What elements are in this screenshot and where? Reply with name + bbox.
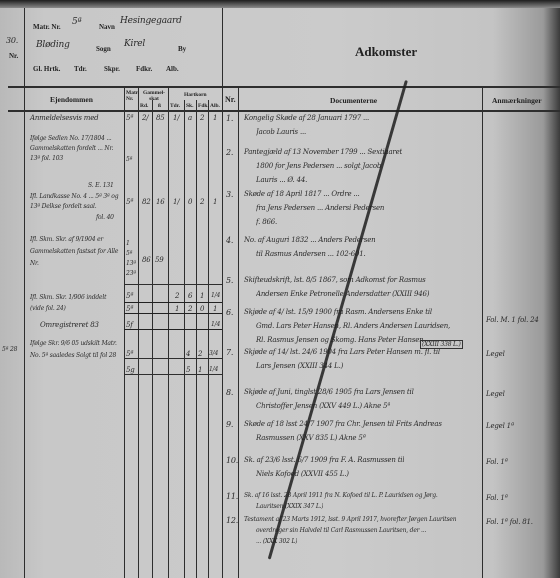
document-number: 6. xyxy=(226,308,233,317)
property-row-alb: 1 xyxy=(213,114,217,122)
rule-column-header-bottom xyxy=(8,110,560,112)
navn-value: Hesingegaard xyxy=(120,16,182,26)
document-line: Christoffer Jensen (XXV 449 L.) Akne 5ª xyxy=(256,402,390,410)
place-value: Bløding xyxy=(36,40,70,50)
document-line: Skjøde af Juni, tinglst 28/6 1905 fra La… xyxy=(244,388,414,396)
property-row-rd: 82 xyxy=(142,198,151,206)
document-line: Niels Kofoed (XXVII 455 L.) xyxy=(256,470,349,478)
document-number: 12. xyxy=(226,516,238,525)
margin-note: 5ª 28 xyxy=(2,346,17,353)
by-label: By xyxy=(178,45,186,53)
document-line: 1800 for Jens Pedersen ... solgt Jacob xyxy=(256,162,381,170)
property-row-matr: 5ª xyxy=(126,292,133,300)
property-row-matr: 5ª xyxy=(126,305,133,313)
property-row-skp: a xyxy=(188,114,192,122)
col-documenterne: Documenterne xyxy=(330,96,377,105)
col-nr: Nr. xyxy=(225,95,236,104)
property-row-text: Ifl. Landkasse No. 4 ... 5ª 3ª og 13ª De… xyxy=(30,192,122,212)
document-line: Sk. af 23/6 lsst. 6/7 1909 fra F. A. Ras… xyxy=(244,456,404,464)
rule-col-gammelskat xyxy=(138,86,139,578)
property-row-text: Anmeldelsesvis med xyxy=(30,114,98,122)
document-line: Kongelig Skøde af 28 Januari 1797 ... xyxy=(244,114,369,122)
property-row-alb: 1 xyxy=(213,198,217,206)
property-row-fdk: 3/4 xyxy=(209,350,218,357)
document-number: 11. xyxy=(226,492,238,501)
matr-nr-value: 5ª xyxy=(72,17,82,27)
alb-label: Alb. xyxy=(166,65,179,73)
document-number: 5. xyxy=(226,276,233,285)
document-line: Rasmussen (XXV 835 L) Akne 5ª xyxy=(256,434,366,442)
document-line: Skifteudskrift, lst. 8/5 1867, som Adkom… xyxy=(244,276,426,284)
rule-col-hk-alb xyxy=(208,100,209,578)
property-row-matr: 5ª xyxy=(126,350,133,358)
col-gs-rd: Rd. xyxy=(140,103,148,109)
col-matr-nr: Matr. Nr. xyxy=(126,90,137,102)
document-number: 4. xyxy=(226,236,233,245)
document-note: Legel 1ª xyxy=(486,422,514,430)
rule-col-matr xyxy=(124,86,125,578)
property-row-matr: 5g xyxy=(126,366,135,374)
col-anmaerkninger: Anmærkninger xyxy=(492,96,542,105)
document-line: Skøde af 18 April 1817 ... Ordre ... xyxy=(244,190,360,198)
property-row-sk: 85 xyxy=(156,114,165,122)
document-number: 10. xyxy=(226,456,238,465)
rule-col-gs-sub xyxy=(152,100,153,578)
skpr-label: Skpr. xyxy=(104,65,120,73)
rule-col-hartkorn xyxy=(168,86,169,578)
property-row-matr-list: 1 xyxy=(126,240,130,247)
document-note: Fol. M. 1 fol. 24 xyxy=(486,316,539,324)
rule-header-bottom xyxy=(8,86,560,88)
navn-label: Navn xyxy=(99,23,115,31)
document-line: Sk. af 16 lsst. 28 April 1911 fra N. Kof… xyxy=(244,492,438,499)
document-line: No. af Auguri 1832 ... Anders Pedersen xyxy=(244,236,375,244)
page-title: Adkomster xyxy=(355,44,417,60)
property-row-skp: 2 xyxy=(198,350,202,358)
col-gammelskat: Gammel-skat xyxy=(141,90,167,102)
document-note: Fol. 1ª xyxy=(486,458,508,466)
document-line: Lauritsen (XXIX 347 L.) xyxy=(256,503,323,510)
document-line: til Rasmus Andersen ... 102-601. xyxy=(256,250,366,258)
col-hk-tdr: Tdr. xyxy=(170,103,180,109)
document-note: Fol. 1ª xyxy=(486,494,508,502)
property-row-alb: 1 xyxy=(213,305,217,313)
document-line: Lars Jensen (XXIII 344 L.) xyxy=(256,362,343,370)
col-hk-sk: Sk. xyxy=(186,103,194,109)
document-line: Lauris ... Ø. 44. xyxy=(256,176,307,184)
property-row-fdk: 1/4 xyxy=(209,366,218,373)
rule-subtotal xyxy=(124,374,222,375)
property-row-matr-list: 23ª xyxy=(126,270,136,277)
property-row-tdr: 1/ xyxy=(173,114,179,122)
property-row-fdk: 2 xyxy=(200,198,204,206)
document-line: Jacob Lauris ... xyxy=(256,128,306,136)
document-number: 3. xyxy=(226,190,233,199)
fdkr-label: Fdkr. xyxy=(136,65,152,73)
document-number: 8. xyxy=(226,388,233,397)
page-top-shadow xyxy=(0,0,560,8)
document-number: 1. xyxy=(226,114,233,123)
document-reference: (XXIII 338 L.) xyxy=(420,340,463,349)
property-row-skp: 0 xyxy=(188,198,192,206)
property-row-skp: 1 xyxy=(198,366,202,374)
rule-left-margin xyxy=(24,8,25,578)
document-note: Fol. 1ª fol. 81. xyxy=(486,518,533,526)
strike-line xyxy=(124,302,222,303)
property-row-tdr: 1/ xyxy=(173,198,179,206)
property-row-alb: 1/4 xyxy=(211,292,220,299)
property-row-matr-list: 13ª xyxy=(126,260,136,267)
document-line: Testament af 23 Marts 1912, lsst. 9 Apri… xyxy=(244,516,456,523)
property-row-fdk: 1 xyxy=(200,292,204,300)
property-row-tdr: 2 xyxy=(175,292,179,300)
property-row-matr: 5ª xyxy=(126,198,133,206)
strike-line xyxy=(124,313,222,314)
property-row-skp: 6 xyxy=(188,292,192,300)
property-row-matr-list: 5ª xyxy=(126,250,132,257)
nr-label: Nr. xyxy=(9,52,18,60)
property-row-tdr: 1 xyxy=(175,305,179,313)
document-line: Skjøde af 14/ lst. 24/6 1904 fra Lars Pe… xyxy=(244,348,440,356)
col-hk-fdk: Fdk. xyxy=(198,103,209,109)
document-line: fra Jens Pedersen ... Andersi Pedersen xyxy=(256,204,384,212)
folio-number: 30. xyxy=(6,36,18,45)
property-row-alb: 1/4 xyxy=(211,321,220,328)
tdr-label: Tdr. xyxy=(74,65,87,73)
sogn-value: Kirel xyxy=(124,39,145,49)
document-line: overdrager sin Halvdel til Carl Rasmusse… xyxy=(256,527,426,534)
rule-col-anmaerkninger xyxy=(482,86,483,578)
property-row-text: Ifl. Skm. Skr. af 9/1904 er Gammelskatte… xyxy=(30,234,122,270)
document-line: Pantegjæld af 13 November 1799 ... Sexti… xyxy=(244,148,402,156)
ledger-page: 30. Nr. Matr. Nr. 5ª Navn Hesingegaard B… xyxy=(0,0,560,578)
document-number: 7. xyxy=(226,348,233,357)
document-line: Gmd. Lars Peter Hansen, Rl. Anders Ander… xyxy=(256,322,450,330)
rule-subtotal xyxy=(124,358,222,359)
property-row-note: S. E. 131 xyxy=(88,182,114,189)
document-number: 9. xyxy=(226,420,233,429)
rule-header-divider xyxy=(222,8,223,88)
document-line: ... (XXX 302 L) xyxy=(256,538,297,545)
property-row-matr: 5ª xyxy=(126,114,133,122)
col-hartkorn: Hartkorn xyxy=(184,92,207,98)
sogn-label: Sogn xyxy=(96,45,111,53)
rule-subtotal xyxy=(124,284,222,285)
property-row-note: fol. 40 xyxy=(96,214,114,221)
property-row-sk: 59 xyxy=(155,256,164,264)
strike-line xyxy=(124,329,222,330)
document-line: Skøde af 18 lsst 24/7 1907 fra Chr. Jens… xyxy=(244,420,442,428)
rule-col-nr xyxy=(222,86,223,578)
property-row-text: Omregistreret 83 xyxy=(40,321,99,329)
property-row-text: Ifølge Skr. 9/6 05 udskilt Matr. No. 5ª … xyxy=(30,338,122,362)
property-row-tdr: 5 xyxy=(186,366,190,374)
col-ejendommen: Ejendommen xyxy=(50,95,93,104)
gl-hrtk-label: Gl. Hrtk. xyxy=(33,65,60,73)
document-line: f. 866. xyxy=(256,218,277,226)
property-row-sk: 16 xyxy=(156,198,165,206)
property-row-skp: 2 xyxy=(188,305,192,313)
property-row-rd: 86 xyxy=(142,256,151,264)
rule-col-documenterne xyxy=(238,86,239,578)
property-row-fdk: 0 xyxy=(200,305,204,313)
property-row-text: Ifl. Skm. Skr. 1/906 inddelt (vide fol. … xyxy=(30,292,122,314)
matr-nr-label: Matr. Nr. xyxy=(33,23,61,31)
property-row-fdk: 2 xyxy=(200,114,204,122)
property-row-rd: 2/ xyxy=(142,114,148,122)
col-gs-sk: ß xyxy=(158,103,161,109)
col-hk-alb: Alb. xyxy=(210,103,220,109)
property-row-tdr: 4 xyxy=(186,350,190,358)
rule-col-hk-sk xyxy=(184,100,185,578)
document-number: 2. xyxy=(226,148,233,157)
document-line: Rl. Rasmus Jensen og Skomg. Hans Peter H… xyxy=(256,336,423,344)
property-row-text: Ifølge Sedlen No. 17/1804 ... Gammelskat… xyxy=(30,134,122,164)
property-row-matr: 5f xyxy=(126,321,133,329)
document-note: Legel xyxy=(486,350,505,358)
document-note: Legel xyxy=(486,390,505,398)
rule-col-hk-fdk xyxy=(196,100,197,578)
property-row-matr: 5ª xyxy=(126,156,132,163)
